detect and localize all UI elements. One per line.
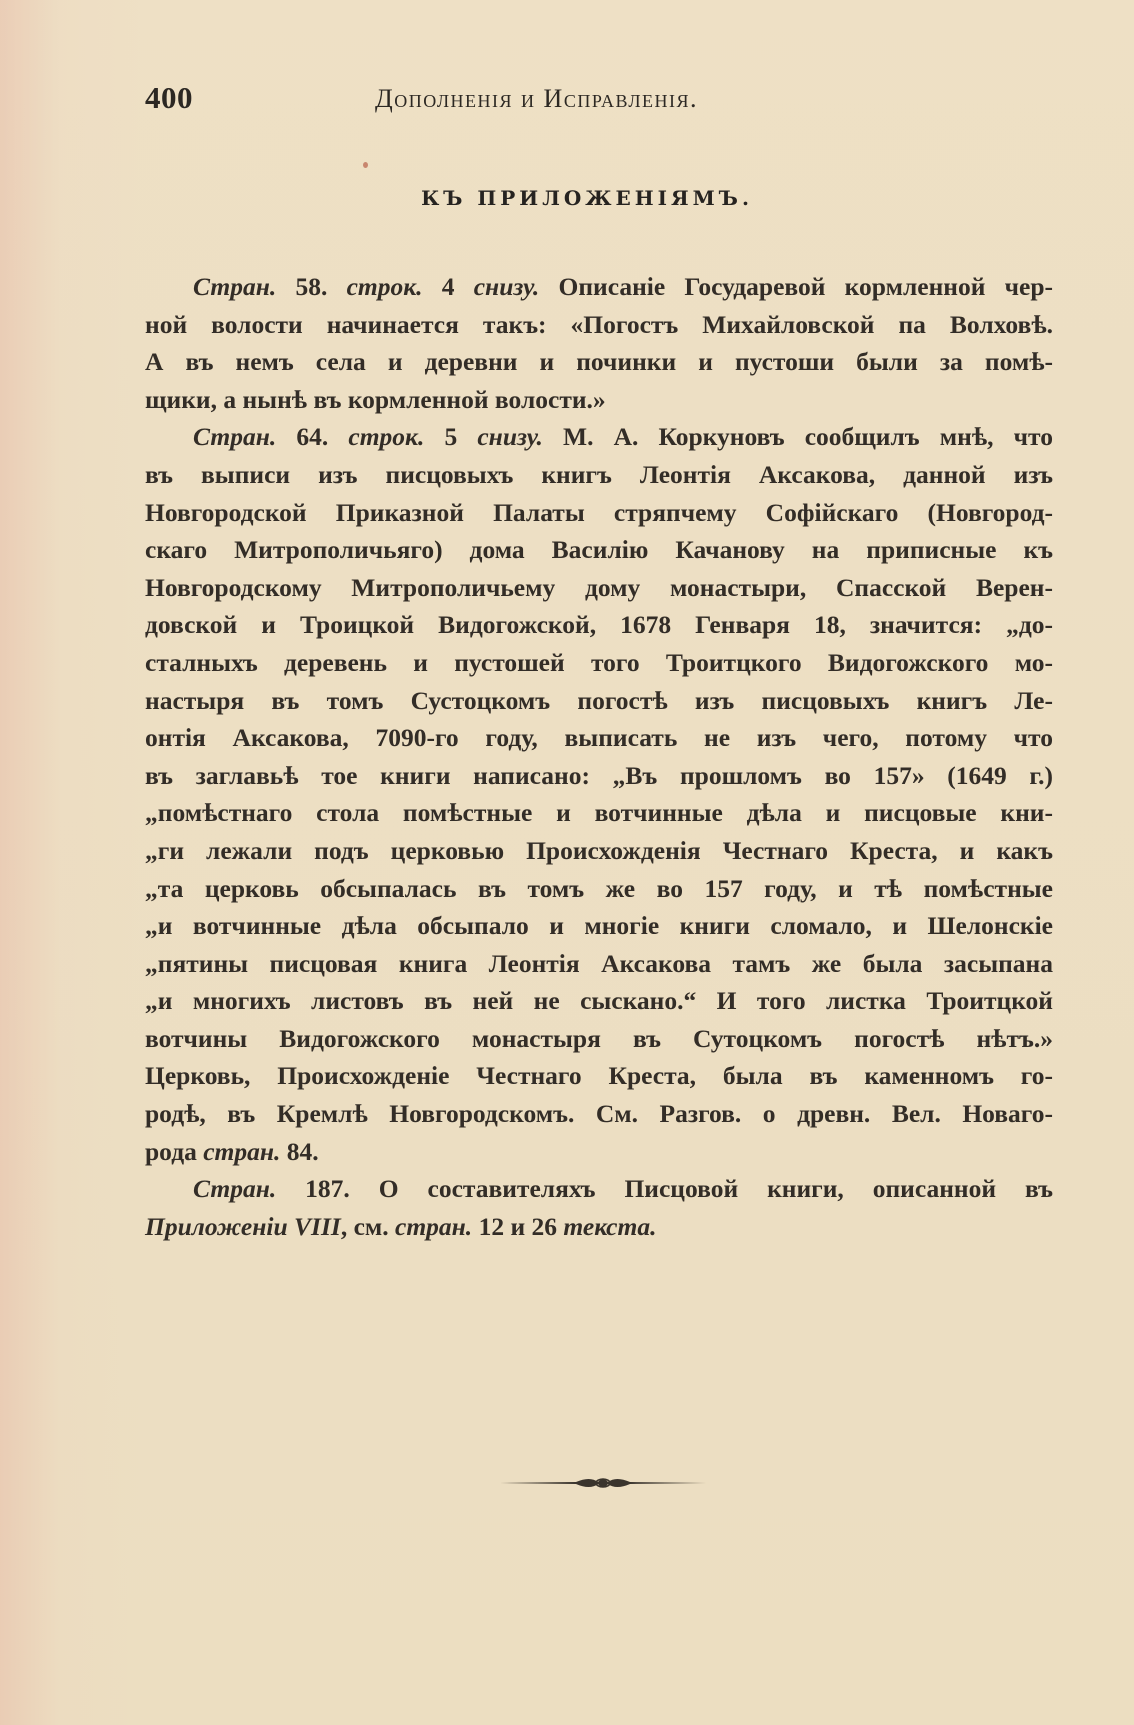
text-run: довской и Троицкой Видогожской, 1678 Ген… [145,610,1053,639]
text-run: родѣ, въ Кремлѣ Новгородскомъ. См. Разго… [145,1099,1053,1128]
text-run: „и вотчинные дѣла обсыпало и многіе книг… [145,911,1053,940]
text-run: „та церковь обсыпалась въ томъ же во 157… [145,874,1053,903]
text-run: 64. [276,422,348,451]
text-line: скаго Митрополичьяго) дома Василію Качан… [145,531,1053,569]
text-run: настыря въ томъ Сустоцкомъ погостѣ изъ п… [145,686,1053,715]
text-line: Церковь, Происхожденіе Честнаго Креста, … [145,1057,1053,1095]
text-run: ной волости начинается такъ: «Погостъ Ми… [145,310,1053,339]
text-run: 84. [280,1137,318,1166]
text-line: настыря въ томъ Сустоцкомъ погостѣ изъ п… [145,682,1053,720]
paragraph: Стран. 187. О составителяхъ Писцовой кни… [145,1170,1053,1245]
text-run: „пятины писцовая книга Леонтія Аксакова … [145,949,1053,978]
text-line: Приложеніи VIII, см. стран. 12 и 26 текс… [145,1208,1053,1246]
text-run: рода [145,1137,203,1166]
text-run: „помѣстнаго стола помѣстные и вотчинные … [145,798,1053,827]
text-line: Стран. 187. О составителяхъ Писцовой кни… [145,1170,1053,1208]
italic-reference: стран. [203,1137,280,1166]
italic-reference: снизу. [477,422,543,451]
paragraph: Стран. 58. строк. 4 снизу. Описаніе Госу… [145,268,1053,418]
italic-reference: стран. [395,1212,472,1241]
text-line: вотчины Видогожского монастыря въ Сутоцк… [145,1020,1053,1058]
text-run: въ выписи изъ писцовыхъ книгъ Леонтія Ак… [145,460,1053,489]
text-run: онтія Аксакова, 7090-го году, выписать н… [145,723,1053,752]
text-run: щики, а нынѣ въ кормленной волости.» [145,385,606,414]
text-line: „помѣстнаго стола помѣстные и вотчинные … [145,794,1053,832]
text-run: Церковь, Происхожденіе Честнаго Креста, … [145,1061,1053,1090]
text-line: „пятины писцовая книга Леонтія Аксакова … [145,945,1053,983]
italic-reference: строк. [347,272,423,301]
text-line: „та церковь обсыпалась въ томъ же во 157… [145,870,1053,908]
text-run: „ги лежали подъ церковью Происхожденія Ч… [145,836,1053,865]
italic-reference: строк. [348,422,424,451]
section-heading: КЪ ПРИЛОЖЕНІЯМЪ. [0,186,1134,210]
text-run: Новгородской Приказной Палаты стряпчему … [145,498,1053,527]
text-line: Стран. 64. строк. 5 снизу. М. А. Коркуно… [145,418,1053,456]
text-run: М. А. Коркуновъ сообщилъ мнѣ, что [543,422,1053,451]
italic-reference: Стран. [193,422,276,451]
text-run: 58. [276,272,346,301]
text-run: Новгородскому Митрополичьему дому монаст… [145,573,1053,602]
italic-reference: Стран. [193,1174,276,1203]
paragraph: Стран. 64. строк. 5 снизу. М. А. Коркуно… [145,418,1053,1170]
text-line: ной волости начинается такъ: «Погостъ Ми… [145,306,1053,344]
text-run: А въ немъ села и деревни и починки и пус… [145,347,1053,376]
text-run: въ заглавьѣ тое книги написано: „Въ прош… [145,761,1053,790]
text-line: довской и Троицкой Видогожской, 1678 Ген… [145,606,1053,644]
text-line: „и вотчинные дѣла обсыпало и многіе книг… [145,907,1053,945]
running-head: 400 Дополненія и Исправленія. [145,80,1045,120]
text-line: онтія Аксакова, 7090-го году, выписать н… [145,719,1053,757]
text-run: Описаніе Государевой кормленной чер- [539,272,1053,301]
body-text: Стран. 58. строк. 4 снизу. Описаніе Госу… [145,268,1053,1245]
page-number: 400 [145,80,193,116]
scroll-divider-ornament-icon [498,1472,708,1494]
italic-reference: текста. [563,1212,656,1241]
text-run: скаго Митрополичьяго) дома Василію Качан… [145,535,1053,564]
text-line: родѣ, въ Кремлѣ Новгородскомъ. См. Разго… [145,1095,1053,1133]
running-title: Дополненія и Исправленія. [375,84,698,114]
text-run: вотчины Видогожского монастыря въ Сутоцк… [145,1024,1053,1053]
italic-reference: Стран. [193,272,276,301]
italic-reference: снизу. [474,272,540,301]
text-line: „и многихъ листовъ въ ней не сыскано.“ И… [145,982,1053,1020]
text-line: сталныхъ деревень и пустошей того Троитц… [145,644,1053,682]
text-line: Стран. 58. строк. 4 снизу. Описаніе Госу… [145,268,1053,306]
italic-reference: Приложеніи VIII [145,1212,341,1241]
text-line: Новгородской Приказной Палаты стряпчему … [145,494,1053,532]
text-line: щики, а нынѣ въ кормленной волости.» [145,381,1053,419]
text-run: 5 [424,422,477,451]
text-run: 12 и 26 [472,1212,563,1241]
text-run: , см. [341,1212,395,1241]
text-run: 4 [423,272,474,301]
text-line: А въ немъ села и деревни и починки и пус… [145,343,1053,381]
text-run: сталныхъ деревень и пустошей того Троитц… [145,648,1053,677]
text-line: Новгородскому Митрополичьему дому монаст… [145,569,1053,607]
text-line: въ выписи изъ писцовыхъ книгъ Леонтія Ак… [145,456,1053,494]
text-run: 187. О составителяхъ Писцовой книги, опи… [276,1174,1053,1203]
text-line: въ заглавьѣ тое книги написано: „Въ прош… [145,757,1053,795]
text-line: рода стран. 84. [145,1133,1053,1171]
text-run: „и многихъ листовъ въ ней не сыскано.“ И… [145,986,1053,1015]
ink-spot [363,162,368,168]
book-page: 400 Дополненія и Исправленія. КЪ ПРИЛОЖЕ… [0,0,1134,1725]
text-line: „ги лежали подъ церковью Происхожденія Ч… [145,832,1053,870]
